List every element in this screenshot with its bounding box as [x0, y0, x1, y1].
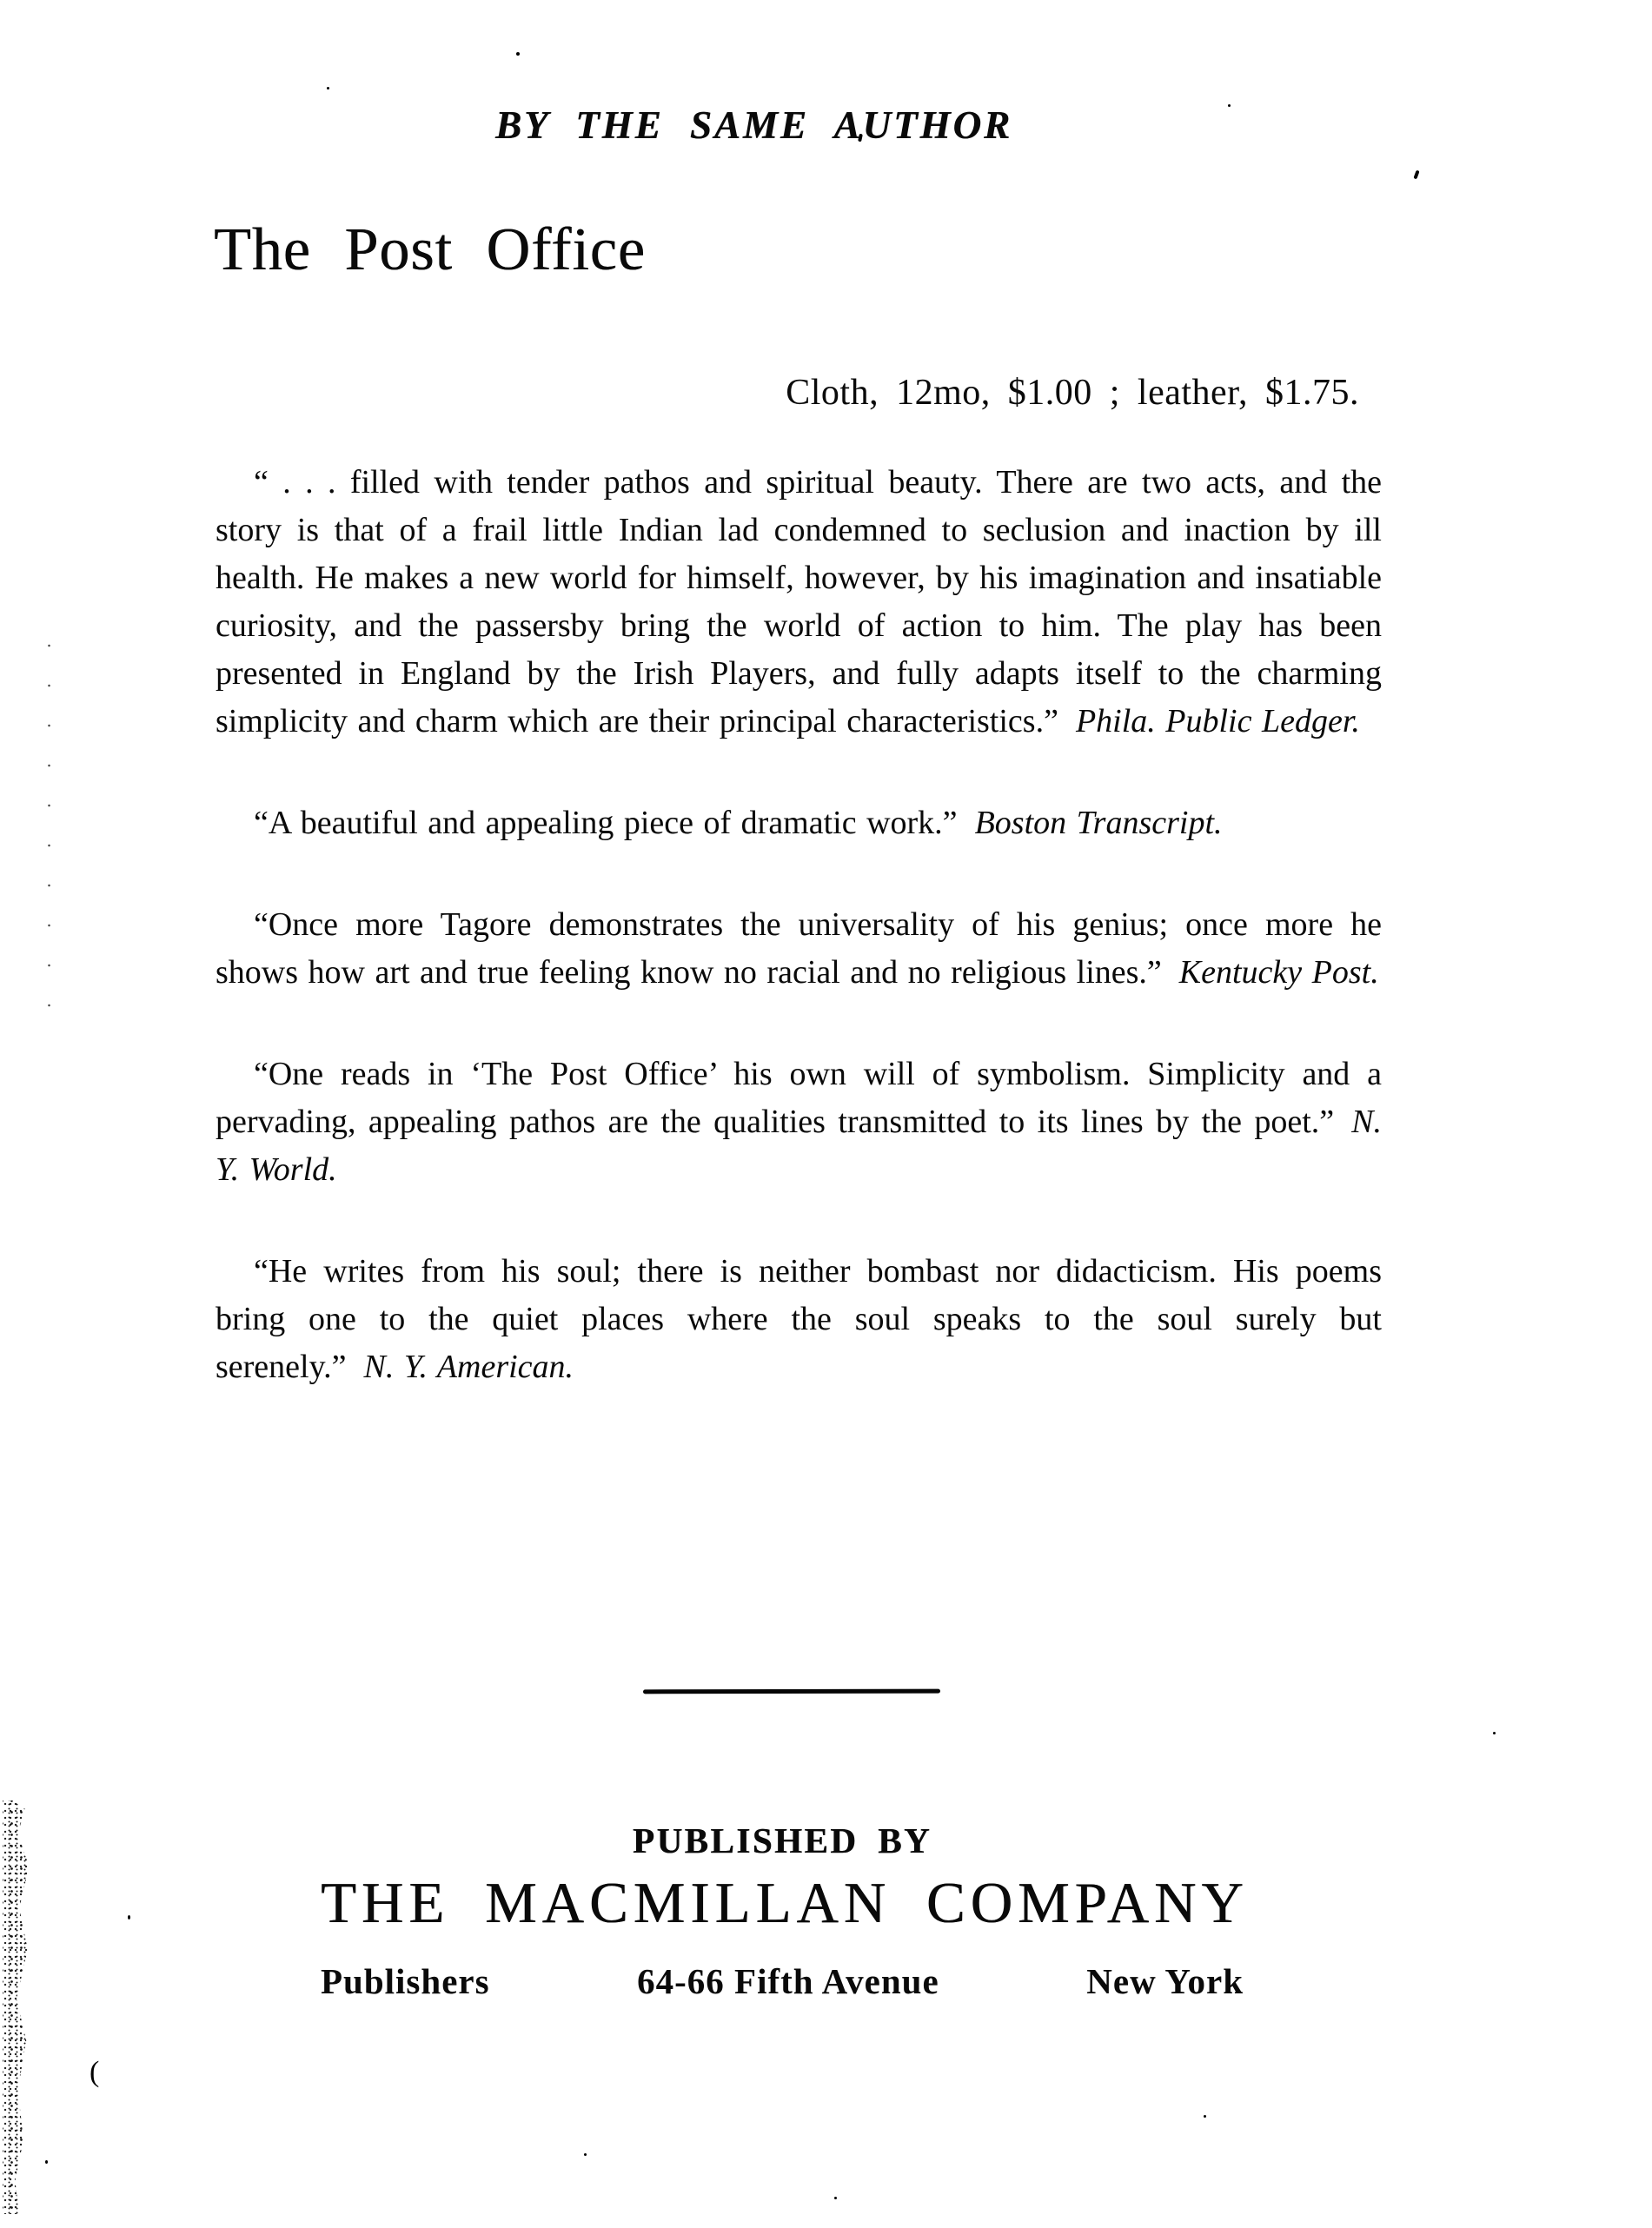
review-paragraph: “ . . . filled with tender pathos and sp… — [216, 459, 1382, 746]
scan-noise-column — [45, 626, 54, 1034]
scan-noise-band — [3, 1800, 30, 2214]
review-paragraph: “Once more Tagore demonstrates the unive… — [216, 901, 1382, 997]
publisher-address: 64-66 Fifth Avenue — [637, 1960, 939, 2002]
review-paragraph: “A beautiful and appealing piece of dram… — [216, 799, 1382, 847]
review-quote: “One reads in ‘The Post Office’ his own … — [216, 1056, 1382, 1140]
review-paragraph: “He writes from his soul; there is neith… — [216, 1248, 1382, 1391]
review-list: “ . . . filled with tender pathos and sp… — [216, 459, 1382, 1445]
scan-speck — [1228, 104, 1231, 107]
publisher-role: Publishers — [321, 1960, 490, 2002]
scan-speck — [1204, 2115, 1206, 2118]
scan-speck — [128, 1915, 130, 1920]
review-source: Boston Transcript. — [975, 805, 1223, 841]
scan-speck — [516, 52, 520, 56]
scan-speck — [584, 2153, 587, 2156]
review-quote: “ . . . filled with tender pathos and sp… — [216, 464, 1382, 739]
price-line: Cloth, 12mo, $1.00 ; leather, $1.75. — [216, 372, 1382, 414]
review-paragraph: “One reads in ‘The Post Office’ his own … — [216, 1051, 1382, 1194]
publisher-address-row: Publishers 64-66 Fifth Avenue New York — [321, 1960, 1244, 2002]
publisher-name: THE MACMILLAN COMPANY — [321, 1870, 1244, 1937]
review-source: Kentucky Post. — [1179, 954, 1379, 991]
review-source: Phila. Public Ledger. — [1076, 703, 1360, 739]
scan-speck — [45, 2160, 48, 2164]
stray-paren-mark: ( — [90, 2056, 99, 2089]
publisher-city: New York — [1086, 1960, 1244, 2002]
scan-speck — [834, 2197, 837, 2199]
review-source: N. Y. American. — [364, 1349, 574, 1385]
scan-speck — [327, 87, 329, 90]
book-title: The Post Office — [214, 216, 646, 285]
series-note: BY THE SAME AUTHOR — [495, 103, 1012, 148]
published-by-label: PUBLISHED BY — [321, 1820, 1244, 1861]
divider-rule — [643, 1689, 940, 1694]
scan-speck — [1413, 170, 1419, 180]
review-quote: “A beautiful and appealing piece of dram… — [254, 805, 958, 841]
book-advert-page: BY THE SAME AUTHOR The Post Office Cloth… — [0, 0, 1652, 2228]
scan-speck — [1493, 1732, 1496, 1734]
